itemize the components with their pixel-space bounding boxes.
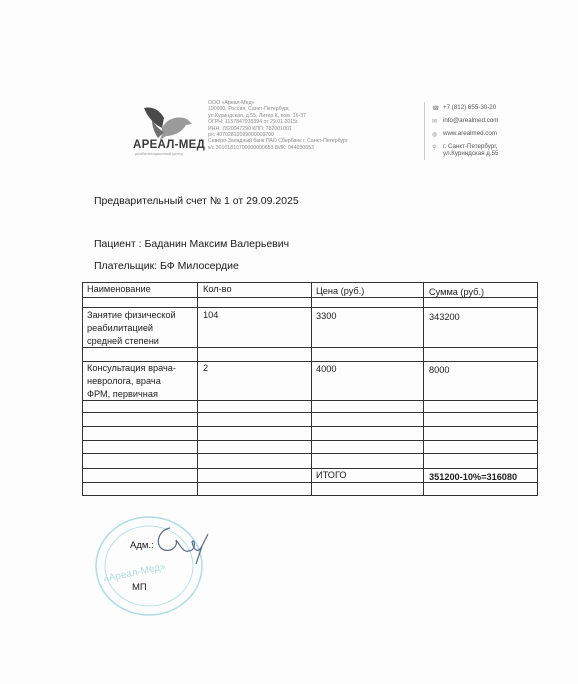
invoice-title: Предварительный счет № 1 от 29.09.2025 xyxy=(94,195,299,207)
total-value: 351200-10%=316080 xyxy=(429,471,517,484)
contact-address: ⚲ г. Санкт-Петербург, ул.Куриндская д.55 xyxy=(432,144,499,157)
row-2-sum: 8000 xyxy=(429,364,449,377)
company-details: ООО «Ареал-Мед» 190000, Россия, Санкт-Пе… xyxy=(208,100,348,151)
signature-icon xyxy=(148,520,216,570)
row-1-qty: 104 xyxy=(203,309,218,322)
logo-subtitle: реабилитационный центр xyxy=(135,151,183,156)
row-1-price: 3300 xyxy=(316,310,336,323)
header-name: Наименование xyxy=(87,283,151,296)
invoice-table: Наименование Кол-во Цена (руб.) Сумма (р… xyxy=(82,282,538,496)
company-line: Северо-Западный банк ПАО Сбербанк г. Сан… xyxy=(208,138,348,144)
row-1-sum: 343200 xyxy=(429,311,460,324)
contacts-block: ☎ +7 (812) 655-30-20 ✉ info@arealmed.com… xyxy=(432,105,499,157)
location-icon: ⚲ xyxy=(432,144,440,151)
total-label: ИТОГО xyxy=(316,469,347,482)
row-2-price: 4000 xyxy=(316,363,336,376)
contacts-divider xyxy=(424,102,425,160)
patient-name: Пациент : Баданин Максим Валерьевич xyxy=(94,238,289,250)
header-qty: Кол-во xyxy=(203,283,232,296)
logo-name: АРЕАЛ-МЕД xyxy=(133,139,205,151)
header-price: Цена (руб.) xyxy=(316,285,364,298)
row-2-name: Консультация врача- невролога, врача ФРМ… xyxy=(87,362,176,401)
payer-name: Плательщик: БФ Милосердие xyxy=(94,260,239,272)
globe-icon: ◍ xyxy=(432,131,440,138)
phone-icon: ☎ xyxy=(432,105,440,112)
email-icon: ✉ xyxy=(432,118,440,125)
company-line: к/с 30101810700000000653 БИК: 044030653 xyxy=(208,145,348,151)
row-2-qty: 2 xyxy=(203,362,208,375)
header-sum: Сумма (руб.) xyxy=(429,286,484,299)
stamp-label: МП xyxy=(132,582,147,593)
row-1-name: Занятие физической реабилитацией средней… xyxy=(87,309,176,348)
